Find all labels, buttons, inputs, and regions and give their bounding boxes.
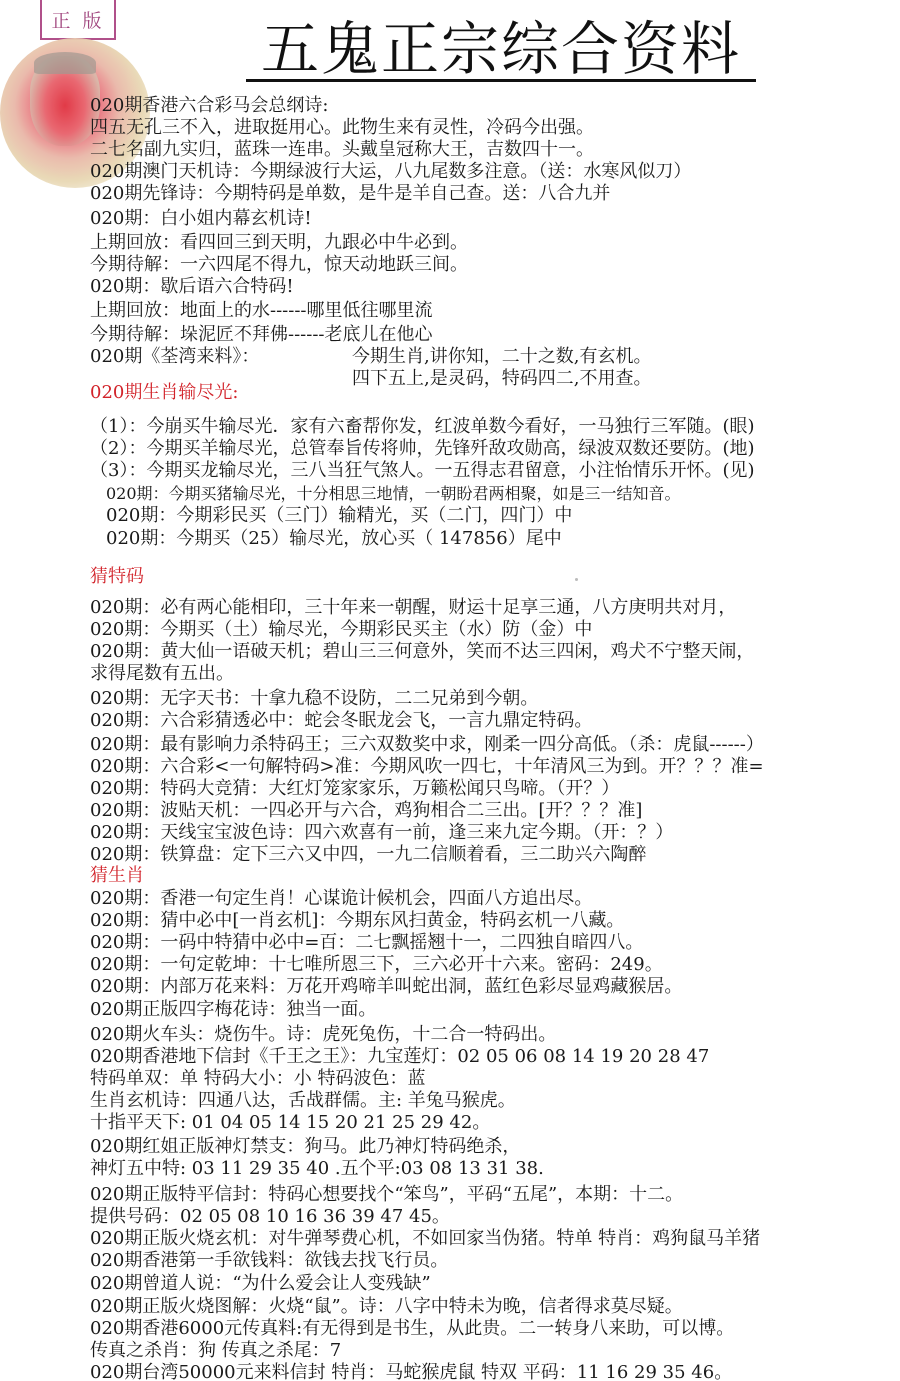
- text-line: 020期：特码大竞猜：大红灯笼家家乐，万籁松闻只鸟啼。（开？）: [90, 778, 619, 800]
- text-line: 020期：香港一句定生肖！心谋诡计候机会，四面八方追出尽。: [90, 888, 592, 910]
- text-line: 020期：一句定乾坤：十七唯所恩三下，三六必开十六来。密码：249。: [90, 954, 663, 976]
- text-line: 020期正版火烧图解：火烧“鼠”。诗：八字中特未为晚，信者得求莫尽疑。: [90, 1296, 683, 1318]
- text-line: 今期待解：垛泥匠不拜佛------老底儿在他心: [90, 324, 433, 346]
- decorative-dot: [575, 578, 578, 581]
- text-line: 生肖玄机诗：四通八达，舌战群儒。主: 羊兔马猴虎。: [90, 1090, 516, 1112]
- text-line: 020期红姐正版神灯禁支：狗马。此乃神灯特码绝杀，: [90, 1136, 520, 1158]
- text-line: 今期生肖,讲你知，二十之数,有玄机。: [352, 346, 651, 368]
- text-line: 020期：最有影响力杀特码王；三六双数奖中求，刚柔一四分高低。（杀：虎鼠----…: [90, 734, 764, 756]
- text-line: 神灯五中特: 03 11 29 35 40 .五个平:03 08 13 31 3…: [90, 1158, 544, 1180]
- text-line: 020期：今期买（25）输尽光，放心买（ 147856）尾中: [106, 528, 562, 550]
- section-heading: 猜特码: [90, 566, 144, 588]
- text-line: 020期香港地下信封《千王之王》：九宝莲灯：02 05 06 08 14 19 …: [90, 1046, 709, 1068]
- badge-label: 正 版: [51, 6, 104, 33]
- page-title: 五鬼正宗综合资料: [245, 16, 757, 82]
- text-line: 020期：六合彩猜透必中：蛇会冬眠龙会飞，一言九鼎定特码。: [90, 710, 592, 732]
- text-line: 020期香港六合彩马会总纲诗:: [90, 95, 328, 117]
- text-line: 020期：今期买（土）输尽光，今期彩民买主（水）防（金）中: [90, 619, 592, 641]
- text-line: 求得尾数有五出。: [90, 663, 234, 685]
- text-line: 上期回放：看四回三到天明，九跟必中牛必到。: [90, 232, 468, 254]
- text-line: 020期《荃湾来料》：: [90, 346, 259, 368]
- text-line: （2）：今期买羊输尽光，总管奉旨传将帅，先锋歼敌攻勋高，绿波双数还要防。(地): [90, 438, 755, 460]
- text-line: 传真之杀肖：狗 传真之杀尾：7: [90, 1340, 341, 1362]
- text-line: （3）：今期买龙输尽光，三八当狂气煞人。一五得志君留意，小注怡情乐开怀。(见): [90, 460, 755, 482]
- text-line: 020期：六合彩<一句解特码>准：今期风吹一四七，十年清风三为到。开？？？准=: [90, 756, 764, 778]
- section-heading: 猜生肖: [90, 865, 144, 887]
- text-line: 020期正版特平信封：特码心想要找个“笨鸟”，平码“五尾”，本期：十二。: [90, 1184, 683, 1206]
- text-line: 020期正版火烧玄机：对牛弹琴费心机，不如回家当伪猪。特单 特肖：鸡狗鼠马羊猪: [90, 1228, 760, 1250]
- portrait-hair: [34, 52, 96, 74]
- text-line: 四五无孔三不入，进取挺用心。此物生来有灵性，冷码今出强。: [90, 117, 594, 139]
- text-line: 020期：黄大仙一语破天机；碧山三三何意外，笑而不达三四闲，鸡犬不宁整天闹，: [90, 641, 754, 663]
- title-underline: [246, 79, 756, 82]
- text-line: 上期回放：地面上的水------哪里低往哪里流: [90, 300, 433, 322]
- text-line: 二七名副九实归，蓝珠一连串。头戴皇冠称大王，吉数四十一。: [90, 139, 594, 161]
- text-line: 020期：无字天书：十拿九稳不设防，二二兄弟到今朝。: [90, 688, 538, 710]
- text-line: 020期：歇后语六合特码!: [90, 276, 294, 298]
- text-line: 020期香港6000元传真料:有无得到是书生，从此贵。二一转身八来助，可以博。: [90, 1318, 734, 1340]
- section-heading: 020期生肖输尽光:: [90, 382, 238, 404]
- text-line: 十指平天下: 01 04 05 14 15 20 21 25 29 42。: [90, 1112, 490, 1134]
- text-line: 020期先锋诗：今期特码是单数，是牛是羊自己查。送：八合九并: [90, 183, 610, 205]
- text-line: （1）：今崩买牛输尽光．家有六畜帮你发，红波单数今看好，一马独行三军随。(眼): [90, 416, 755, 438]
- text-line: 020期：天线宝宝波色诗：四六欢喜有一前，逢三来九定今期。（开：？）: [90, 822, 673, 844]
- text-line: 020期正版四字梅花诗：独当一面。: [90, 999, 376, 1021]
- text-line: 020期：白小姐内幕玄机诗!: [90, 208, 312, 230]
- text-line: 020期：猜中必中[一肖玄机]：今期东风扫黄金，特码玄机一八藏。: [90, 910, 624, 932]
- text-line: 提供号码：02 05 08 10 16 36 39 47 45。: [90, 1206, 450, 1228]
- text-line: 020期澳门天机诗：今期绿波行大运，八九尾数多注意。（送：水寒风似刀）: [90, 161, 691, 183]
- text-line: 020期曾道人说：“为什么爱会让人变残缺”: [90, 1273, 431, 1295]
- text-line: 020期火车头：烧伤牛。诗：虎死兔伤，十二合一特码出。: [90, 1024, 556, 1046]
- text-line: 020期台湾50000元来料信封 特肖：马蛇猴虎鼠 特双 平码：11 16 29…: [90, 1362, 732, 1381]
- authentic-edition-badge: 正 版: [40, 0, 116, 40]
- text-line: 020期香港第一手欲钱料：欲钱去找飞行员。: [90, 1250, 448, 1272]
- text-line: 020期：今期彩民买（三门）输精光，买（二门，四门）中: [106, 505, 572, 527]
- text-line: 020期：波贴天机：一四必开与六合，鸡狗相合二三出。[开？？？准]: [90, 800, 642, 822]
- text-line: 特码单双：单 特码大小：小 特码波色：蓝: [90, 1068, 425, 1090]
- text-line: 020期：今期买猪输尽光，十分相思三地情，一朝盼君两相聚，如是三一结知音。: [106, 483, 681, 505]
- text-line: 020期：必有两心能相印，三十年来一朝醒，财运十足享三通，八方庚明共对月，: [90, 597, 736, 619]
- text-line: 020期：内部万花来料：万花开鸡啼羊叫蛇出洞，蓝红色彩尽显鸡藏猴居。: [90, 976, 682, 998]
- text-line: 今期待解：一六四尾不得九，惊天动地跃三间。: [90, 254, 468, 276]
- text-line: 四下五上,是灵码，特码四二,不用查。: [352, 368, 651, 390]
- text-line: 020期：一码中特猜中必中=百：二七飘摇翘十一，二四独自暗四八。: [90, 932, 643, 954]
- text-line: 020期：铁算盘：定下三六又中四，一九二信顺着看，三二助兴六陶醉: [90, 844, 646, 866]
